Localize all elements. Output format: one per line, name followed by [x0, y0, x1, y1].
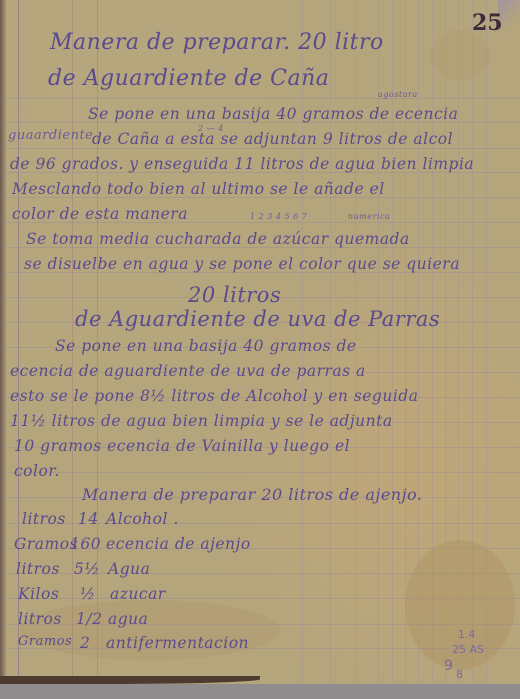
recipe2-line-5: 10 gramos ecencia de Vainilla y luego el	[14, 437, 350, 455]
page-binding	[0, 0, 6, 684]
recipe1-line-2: de Caña a esta se adjuntan 9 litros de a…	[92, 130, 453, 148]
recipe3-title: Manera de preparar 20 litros de ajenjo.	[82, 485, 422, 504]
page-bottom-shadow	[0, 676, 260, 684]
pencil-note: 8	[456, 668, 463, 681]
recipe1-line-1: Se pone en una basija 40 gramos de ecenc…	[88, 105, 458, 123]
pencil-note: 9	[444, 658, 453, 674]
recipe2-line-6: color.	[14, 462, 60, 480]
recipe2-line-3: esto se le pone 8½ litros de Alcohol y e…	[10, 387, 418, 405]
recipe1-line-6: Se toma media cucharada de azúcar quemad…	[26, 230, 410, 248]
recipe1-line-4: Mesclando todo bien al ultimo se le añad…	[12, 180, 385, 198]
notebook-page: 25 Manera de preparar. 20 litro de Aguar…	[0, 0, 520, 684]
small-annotation-numerica: numerica	[348, 212, 390, 221]
pencil-note: 1.4	[458, 628, 476, 641]
recipe1-title-note: agostura	[378, 90, 418, 99]
recipe1-line-3: de 96 grados. y enseguida 11 litros de a…	[10, 155, 474, 173]
recipe2-line-2: ecencia de aguardiente de uva de parras …	[10, 362, 366, 380]
recipe1-title-line2: de Aguardiente de Caña	[48, 66, 329, 91]
page-number: 25	[472, 10, 503, 36]
recipe2-title-line2: de Aguardiente de uva de Parras	[75, 307, 440, 331]
pencil-note: 25 AS	[452, 643, 484, 656]
margin-note: guaardiente	[8, 128, 93, 143]
recipe1-line-5: color de esta manera	[12, 205, 188, 223]
recipe1-line-7: se disuelbe en agua y se pone el color q…	[24, 255, 460, 273]
margin-line	[18, 0, 19, 684]
small-annotation-numbers: 1 2 3 4 5 6 7	[250, 212, 307, 221]
recipe2-line-1: Se pone en una basija 40 gramos de	[55, 337, 357, 355]
recipe2-line-4: 11½ litros de agua bien limpia y se le a…	[10, 412, 393, 430]
recipe1-title-line1: Manera de preparar. 20 litro	[50, 30, 384, 55]
recipe2-title-line1: 20 litros	[188, 283, 281, 307]
